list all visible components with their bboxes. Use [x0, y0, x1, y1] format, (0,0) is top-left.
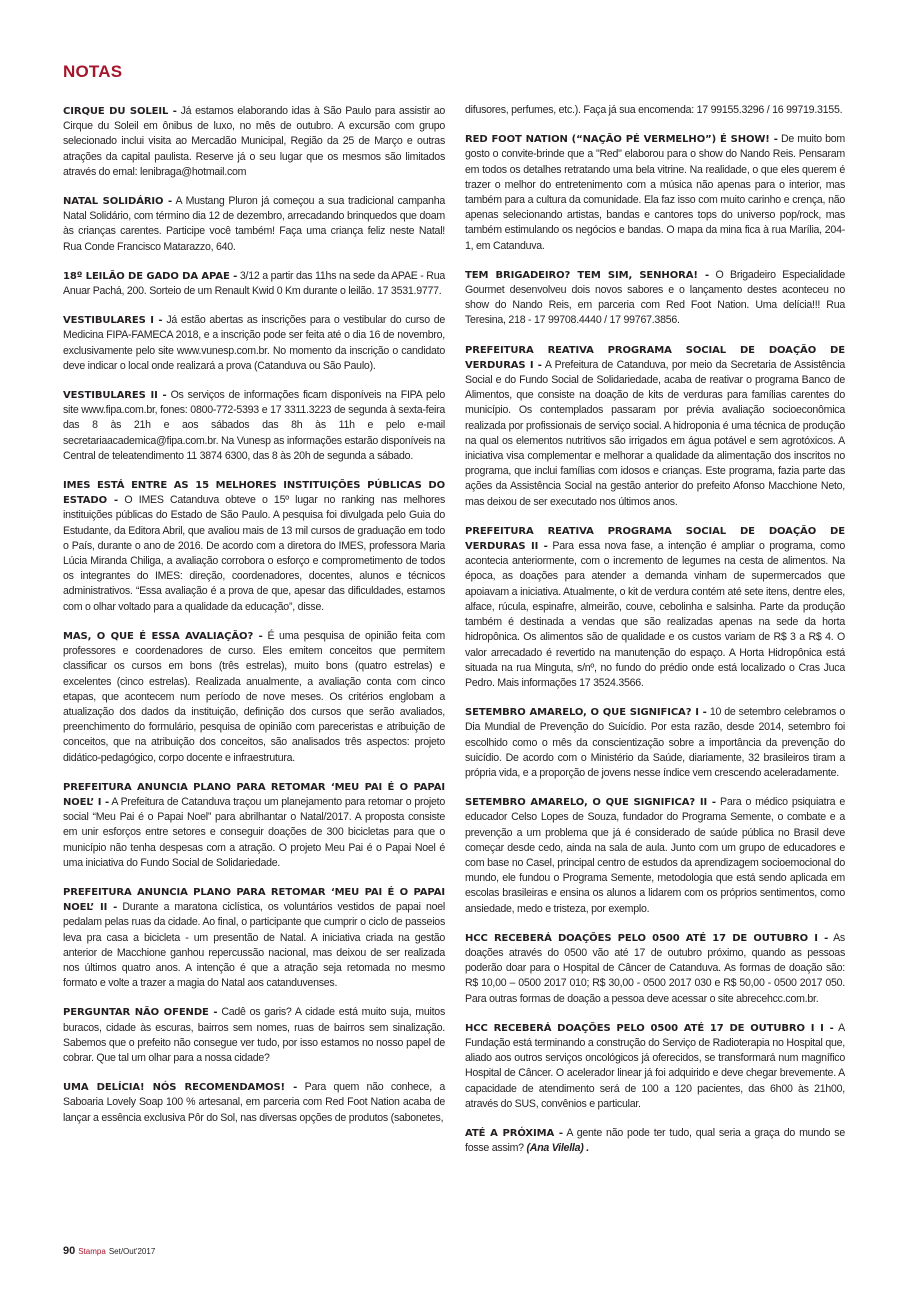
note-heading: SETEMBRO AMARELO, O QUE SIGNIFICA? II -: [465, 797, 716, 808]
note-body: Durante a maratona ciclística, os volunt…: [63, 901, 445, 989]
note-heading: HCC RECEBERÁ DOAÇÕES PELO 0500 ATÉ 17 DE…: [465, 1023, 834, 1034]
note-body: A Fundação está terminando a construção …: [465, 1022, 845, 1110]
note-heading: TEM BRIGADEIRO? TEM SIM, SENHORA! -: [465, 270, 709, 281]
note-red-foot-nation: RED FOOT NATION (“NAÇÃO PÉ VERMELHO”) É …: [465, 132, 845, 254]
note-heading: VESTIBULARES II -: [63, 390, 167, 401]
note-hcc-doacoes-1: HCC RECEBERÁ DOAÇÕES PELO 0500 ATÉ 17 DE…: [465, 931, 845, 1007]
note-imes-ranking: IMES ESTÁ ENTRE AS 15 MELHORES INSTITUIÇ…: [63, 478, 445, 615]
note-vestibulares-1: VESTIBULARES I - Já estão abertas as ins…: [63, 313, 445, 374]
note-heading: PERGUNTAR NÃO OFENDE -: [63, 1007, 217, 1018]
note-body: difusores, perfumes, etc.). Faça já sua …: [465, 104, 842, 116]
note-heading: RED FOOT NATION (“NAÇÃO PÉ VERMELHO”) É …: [465, 134, 778, 145]
note-heading: HCC RECEBERÁ DOAÇÕES PELO 0500 ATÉ 17 DE…: [465, 933, 828, 944]
note-heading: UMA DELÍCIA! NÓS RECOMENDAMOS! -: [63, 1082, 297, 1093]
note-leilao-apae: 18º LEILÃO DE GADO DA APAE - 3/12 a part…: [63, 269, 445, 299]
right-column: difusores, perfumes, etc.). Faça já sua …: [465, 103, 845, 1170]
note-ate-a-proxima: ATÉ A PRÓXIMA - A gente não pode ter tud…: [465, 1126, 845, 1156]
page-footer: 90 Stampa Set/Out'2017: [63, 1245, 155, 1257]
note-verduras-2: PREFEITURA REATIVA PROGRAMA SOCIAL DE DO…: [465, 524, 845, 691]
note-heading: NATAL SOLIDÁRIO -: [63, 196, 172, 207]
note-body: O IMES Catanduva obteve o 15º lugar no r…: [63, 494, 445, 612]
note-body: A Prefeitura de Catanduva, por meio da S…: [465, 359, 845, 508]
note-verduras-1: PREFEITURA REATIVA PROGRAMA SOCIAL DE DO…: [465, 343, 845, 510]
note-setembro-amarelo-2: SETEMBRO AMARELO, O QUE SIGNIFICA? II - …: [465, 795, 845, 917]
note-hcc-doacoes-2: HCC RECEBERÁ DOAÇÕES PELO 0500 ATÉ 17 DE…: [465, 1021, 845, 1112]
page-title: NOTAS: [63, 62, 122, 82]
note-papai-noel-2: PREFEITURA ANUNCIA PLANO PARA RETOMAR ‘M…: [63, 885, 445, 991]
note-heading: SETEMBRO AMARELO, O QUE SIGNIFICA? I -: [465, 707, 707, 718]
magazine-brand: Stampa: [78, 1247, 106, 1256]
left-column: CIRQUE DU SOLEIL - Já estamos elaborando…: [63, 104, 445, 1140]
note-natal-solidario: NATAL SOLIDÁRIO - A Mustang Pluron já co…: [63, 194, 445, 255]
note-uma-delicia: UMA DELÍCIA! NÓS RECOMENDAMOS! - Para qu…: [63, 1080, 445, 1126]
author-signature: (Ana Vilella) .: [527, 1142, 589, 1154]
note-perguntar-nao-ofende: PERGUNTAR NÃO OFENDE - Cadê os garis? A …: [63, 1005, 445, 1066]
note-cirque-du-soleil: CIRQUE DU SOLEIL - Já estamos elaborando…: [63, 104, 445, 180]
note-heading: VESTIBULARES I -: [63, 315, 162, 326]
note-body: A Prefeitura de Catanduva traçou um plan…: [63, 796, 445, 869]
note-heading: MAS, O QUE É ESSA AVALIAÇÃO? -: [63, 631, 263, 642]
note-heading: CIRQUE DU SOLEIL -: [63, 106, 177, 117]
note-avaliacao: MAS, O QUE É ESSA AVALIAÇÃO? - É uma pes…: [63, 629, 445, 766]
note-brigadeiro: TEM BRIGADEIRO? TEM SIM, SENHORA! - O Br…: [465, 268, 845, 329]
note-setembro-amarelo-1: SETEMBRO AMARELO, O QUE SIGNIFICA? I - 1…: [465, 705, 845, 781]
note-vestibulares-2: VESTIBULARES II - Os serviços de informa…: [63, 388, 445, 464]
page-number: 90: [63, 1245, 75, 1257]
note-heading: 18º LEILÃO DE GADO DA APAE -: [63, 271, 237, 282]
edition-date: Set/Out'2017: [109, 1247, 155, 1256]
note-papai-noel-1: PREFEITURA ANUNCIA PLANO PARA RETOMAR ‘M…: [63, 780, 445, 871]
note-body: Para o médico psiquiatra e educador Cels…: [465, 796, 845, 914]
note-body: É uma pesquisa de opinião feita com prof…: [63, 630, 445, 764]
note-body: De muito bom gosto o convite-brinde que …: [465, 133, 845, 251]
note-body: Para essa nova fase, a intenção é amplia…: [465, 540, 845, 689]
note-heading: ATÉ A PRÓXIMA -: [465, 1128, 563, 1139]
note-uma-delicia-continued: difusores, perfumes, etc.). Faça já sua …: [465, 103, 845, 118]
